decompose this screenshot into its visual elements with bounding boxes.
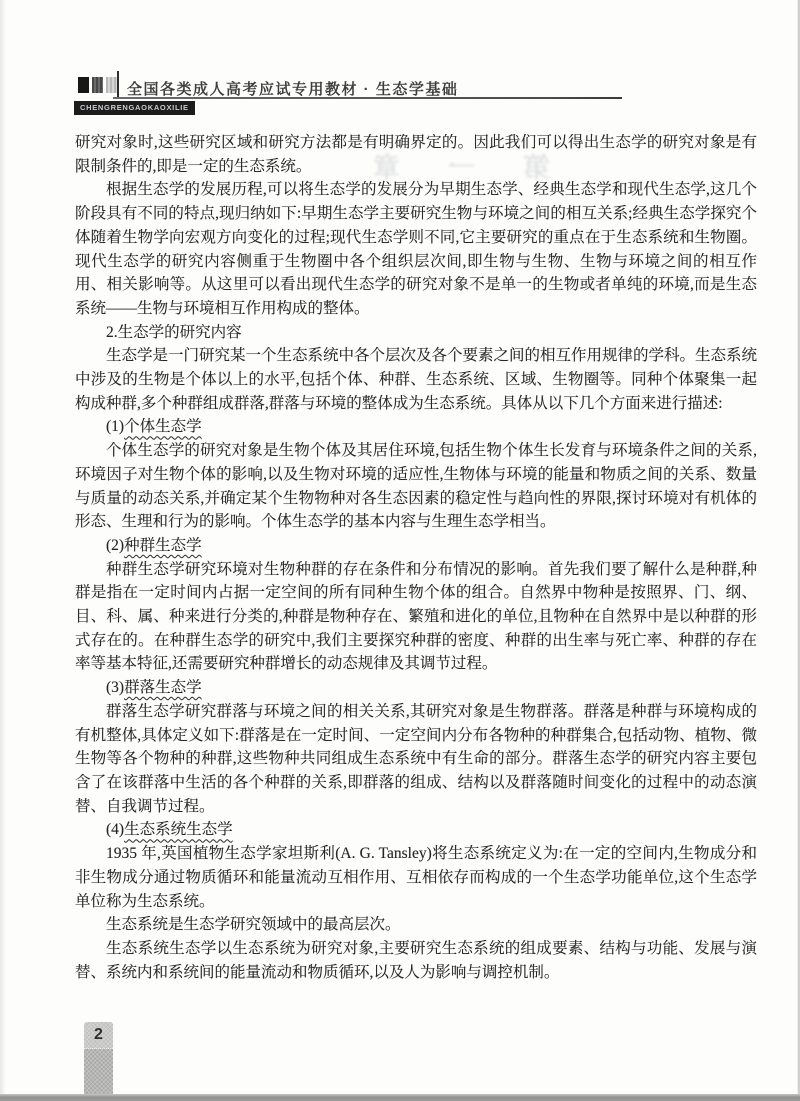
scan-edge-left xyxy=(0,0,6,1101)
scan-edge-bottom xyxy=(0,1094,800,1101)
paragraph-research-scope-continuation: 研究对象时,这些研究区域和研究方法都是有明确界定的。因此我们可以得出生态学的研究… xyxy=(75,131,757,178)
subheading-term: 个体生态学 xyxy=(124,418,202,435)
scan-edge-right xyxy=(796,0,800,1101)
paragraph-population-ecology: 种群生态学研究环境对生物种群的存在条件和分布情况的影响。首先我们要了解什么是种群… xyxy=(75,558,757,677)
logo-squares-icon xyxy=(78,77,117,93)
logo-square-medium xyxy=(92,77,103,93)
subheading-individual-ecology: (1)个体生态学 xyxy=(75,415,757,439)
series-title: 全国各类成人高考应试专用教材 · 生态学基础 xyxy=(127,78,458,99)
logo-square-dark xyxy=(78,77,89,93)
subheading-prefix: (3) xyxy=(106,679,124,696)
subheading-community-ecology: (3)群落生态学 xyxy=(75,676,757,700)
paragraph-individual-ecology: 个体生态学的研究对象是生物个体及其居住环境,包括生物个体生长发育与环境条件之间的… xyxy=(75,439,757,534)
paragraph-highest-level: 生态系统是生态学研究领域中的最高层次。 xyxy=(75,913,757,937)
series-tag: CHENGRENGAOKAOXILIE xyxy=(74,101,195,115)
logo-square-light xyxy=(106,77,117,93)
paragraph-community-ecology: 群落生态学研究群落与环境之间的相关关系,其研究对象是生物群落。群落是种群与环境构… xyxy=(75,700,757,819)
subheading-prefix: (2) xyxy=(106,537,124,554)
paragraph-ecology-overview: 生态学是一门研究某一个生态系统中各个层次及各个要素之间的相互作用规律的学科。生态… xyxy=(75,344,757,415)
subheading-term: 群落生态学 xyxy=(124,679,202,696)
paragraph-tansley-definition: 1935 年,英国植物生态学家坦斯利(A. G. Tansley)将生态系统定义… xyxy=(75,842,757,913)
subheading-population-ecology: (2)种群生态学 xyxy=(75,534,757,558)
paragraph-ecosystem-scope: 生态系统生态学以生态系统为研究对象,主要研究生态系统的组成要素、结构与功能、发展… xyxy=(75,937,757,984)
page-number-tab: 2 xyxy=(84,1022,113,1101)
heading-research-content: 2.生态学的研究内容 xyxy=(75,321,757,345)
book-page: 全国各类成人高考应试专用教材 · 生态学基础 CHENGRENGAOKAOXIL… xyxy=(0,0,800,1101)
header-rule xyxy=(113,97,622,99)
header-vertical-divider xyxy=(117,71,119,99)
subheading-term: 生态系统生态学 xyxy=(124,821,233,838)
subheading-prefix: (4) xyxy=(106,821,124,838)
subheading-prefix: (1) xyxy=(106,418,124,435)
paragraph-development-stages: 根据生态学的发展历程,可以将生态学的发展分为早期生态学、经典生态学和现代生态学,… xyxy=(75,178,757,320)
subheading-ecosystem-ecology: (4)生态系统生态学 xyxy=(75,818,757,842)
body-text: 研究对象时,这些研究区域和研究方法都是有明确界定的。因此我们可以得出生态学的研究… xyxy=(75,131,757,984)
page-number: 2 xyxy=(84,1022,113,1049)
subheading-term: 种群生态学 xyxy=(124,537,202,554)
